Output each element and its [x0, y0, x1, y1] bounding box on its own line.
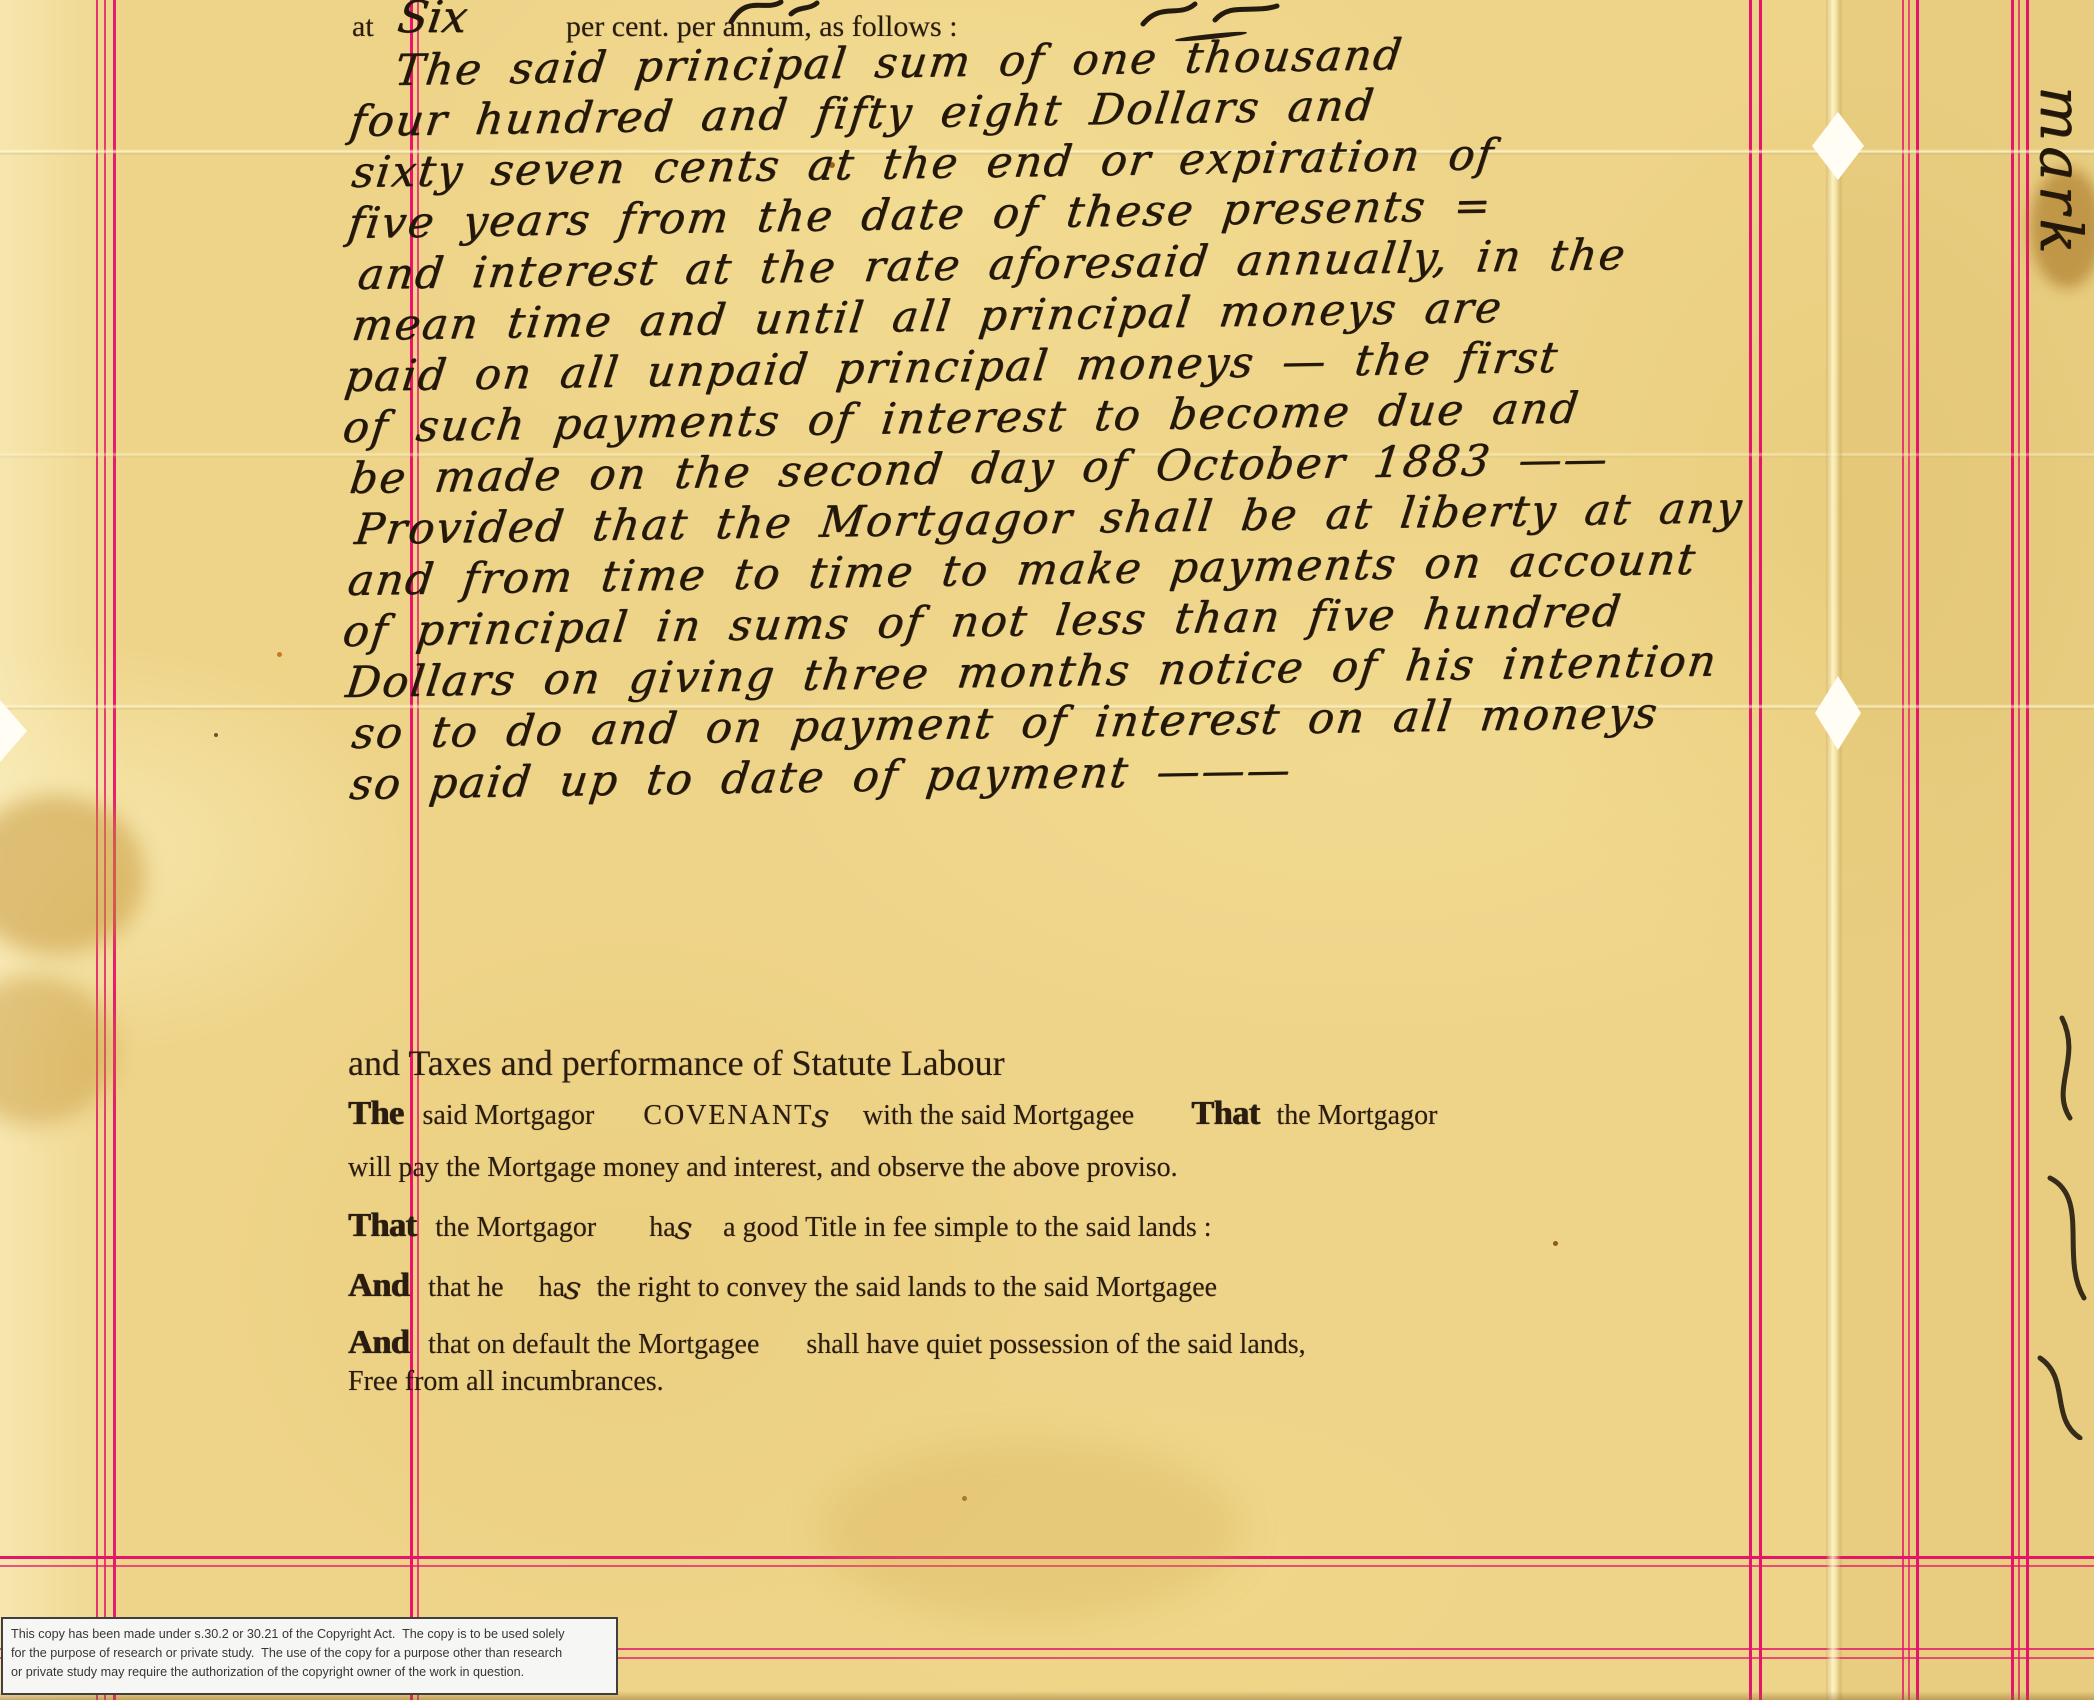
printed-word: a good Title in fee simple to the said l… — [723, 1212, 1211, 1243]
right-margin-docket-note: mark — [2027, 86, 2094, 546]
printed-word: with the said Mortgagee — [863, 1100, 1134, 1131]
vertical-rule — [2011, 0, 2014, 1700]
covenant-line: will pay the Mortgage money and interest… — [348, 1152, 1178, 1184]
paper-speck — [1553, 1241, 1558, 1246]
copyright-notice-box: This copy has been made under s.30.2 or … — [1, 1617, 618, 1695]
blackletter-word: That — [348, 1207, 416, 1244]
cutoff-pen-stroke — [1135, 0, 1285, 28]
blackletter-word: The — [348, 1095, 403, 1132]
vertical-rule — [1902, 0, 1904, 1700]
covenant-line: The said Mortgagor COVENANTs with the sa… — [348, 1094, 1437, 1133]
printed-word: the right to convey the said lands to th… — [597, 1272, 1218, 1303]
printed-word: that on default the Mortgagee — [428, 1329, 759, 1360]
vertical-rule — [1908, 0, 1910, 1700]
printed-word: said Mortgagor — [422, 1100, 594, 1131]
fold-crease-vertical — [1826, 0, 1843, 1700]
printed-word: that he — [428, 1272, 503, 1303]
copyright-line: for the purpose of research or private s… — [11, 1644, 608, 1663]
vertical-rule — [1916, 0, 1919, 1700]
blackletter-word: That — [1191, 1095, 1259, 1132]
covenant-line: And that on default the Mortgagee shall … — [348, 1324, 1306, 1362]
paper-speck — [277, 652, 282, 657]
copyright-line: or private study may require the authori… — [11, 1663, 608, 1682]
printed-word: the Mortgagor — [435, 1212, 596, 1243]
paper-speck — [214, 733, 218, 737]
printed-word: ha — [539, 1272, 565, 1303]
printed-word: shall have quiet possession of the said … — [806, 1329, 1305, 1360]
paper-speck — [962, 1496, 967, 1501]
vertical-rule — [1759, 0, 1762, 1700]
scanned-mortgage-document: at Six per cent. per annum, as follows :… — [0, 0, 2094, 1700]
covenant-line: And that he has the right to convey the … — [348, 1266, 1217, 1305]
printed-word: COVENANT — [643, 1100, 813, 1131]
cutoff-pen-stroke — [2028, 1000, 2094, 1440]
vertical-rule — [1749, 0, 1752, 1700]
blackletter-word: And — [348, 1267, 409, 1304]
stain — [820, 1440, 1240, 1620]
copyright-line: This copy has been made under s.30.2 or … — [11, 1625, 608, 1644]
printed-word: the Mortgagor — [1276, 1100, 1437, 1131]
taxes-line: and Taxes and performance of Statute Lab… — [348, 1042, 1005, 1084]
inserted-s: s — [562, 1268, 584, 1308]
printed-word: at — [352, 10, 374, 44]
stain — [0, 795, 145, 955]
covenant-line: Free from all incumbrances. — [348, 1366, 664, 1398]
vertical-rule — [2018, 0, 2020, 1700]
printed-word: ha — [649, 1212, 675, 1243]
handwritten-rate: Six — [394, 0, 470, 43]
inserted-s: s — [810, 1096, 832, 1136]
handwritten-clause-block: The said principal sum of one thousand f… — [340, 46, 1550, 811]
blackletter-word: And — [348, 1324, 409, 1361]
covenant-line: That the Mortgagor has a good Title in f… — [348, 1206, 1212, 1245]
